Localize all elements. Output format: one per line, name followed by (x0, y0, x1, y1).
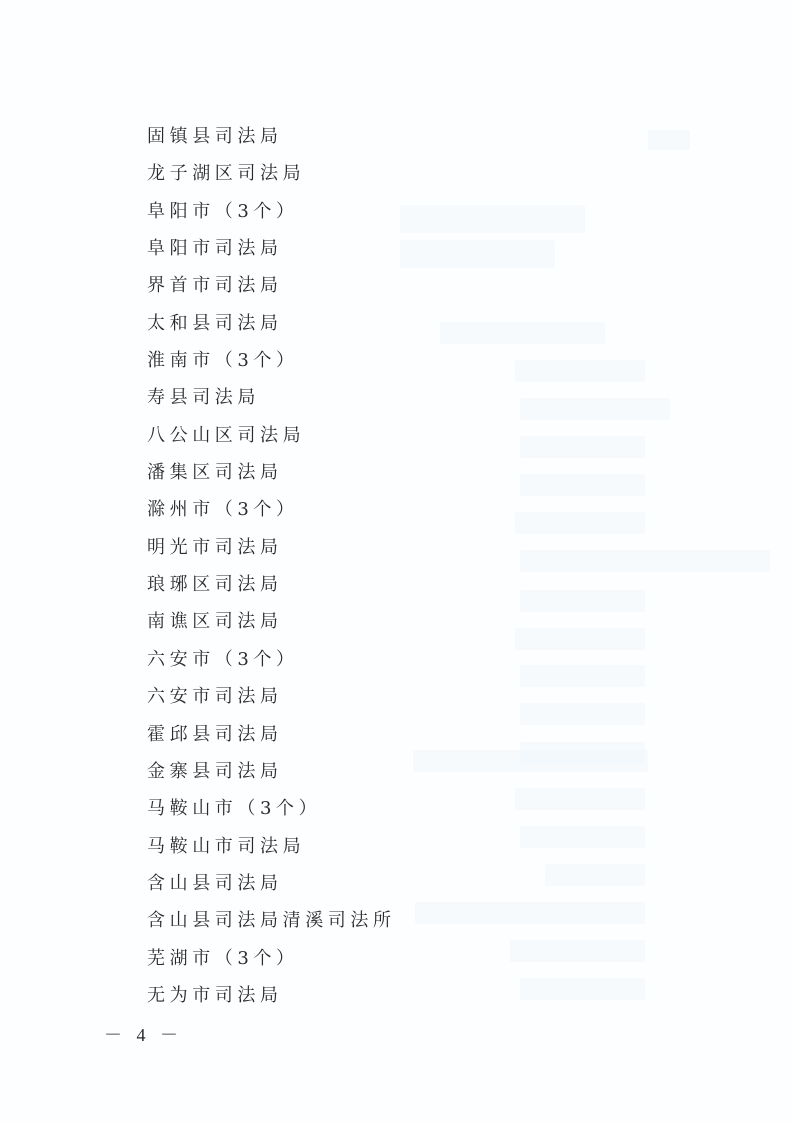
list-item-city-heading: 芜湖市（3个） (147, 944, 396, 981)
list-item-office: 金寨县司法局 (147, 757, 396, 794)
list-item-office: 霍邱县司法局 (147, 720, 396, 757)
bleed-through-mark (520, 590, 645, 612)
document-page: 固镇县司法局 龙子湖区司法局 阜阳市（3个） 阜阳市司法局 界首市司法局 太和县… (0, 0, 793, 1122)
list-item-city-heading: 淮南市（3个） (147, 346, 396, 383)
bleed-through-mark (520, 436, 645, 458)
list-item-office: 含山县司法局清溪司法所 (147, 906, 396, 943)
list-item-city-heading: 阜阳市（3个） (147, 197, 396, 234)
judicial-office-list: 固镇县司法局 龙子湖区司法局 阜阳市（3个） 阜阳市司法局 界首市司法局 太和县… (147, 122, 396, 1018)
bleed-through-mark (648, 130, 690, 150)
bleed-through-mark (413, 750, 648, 772)
list-item-office: 寿县司法局 (147, 383, 396, 420)
bleed-through-mark (520, 826, 645, 848)
bleed-through-mark (545, 864, 645, 886)
bleed-through-mark (520, 978, 645, 1000)
list-item-city-heading: 滁州市（3个） (147, 495, 396, 532)
bleed-through-mark (515, 788, 645, 810)
list-item-city-heading: 马鞍山市（3个） (147, 794, 396, 831)
list-item-office: 琅琊区司法局 (147, 570, 396, 607)
bleed-through-mark (520, 398, 670, 420)
bleed-through-mark (415, 902, 645, 924)
list-item-office: 界首市司法局 (147, 271, 396, 308)
list-item-office: 明光市司法局 (147, 533, 396, 570)
list-item-office: 太和县司法局 (147, 309, 396, 346)
list-item-office: 八公山区司法局 (147, 421, 396, 458)
bleed-through-mark (515, 360, 645, 382)
list-item-city-heading: 六安市（3个） (147, 645, 396, 682)
bleed-through-mark (440, 322, 605, 344)
bleed-through-mark (515, 628, 645, 650)
bleed-through-mark (520, 665, 645, 687)
list-item-office: 阜阳市司法局 (147, 234, 396, 271)
list-item-office: 潘集区司法局 (147, 458, 396, 495)
list-item-office: 南谯区司法局 (147, 607, 396, 644)
bleed-through-mark (400, 205, 585, 233)
list-item-office: 龙子湖区司法局 (147, 159, 396, 196)
page-number: － 4 － (104, 1022, 183, 1048)
bleed-through-mark (520, 474, 645, 496)
bleed-through-mark (520, 703, 645, 725)
list-item-office: 六安市司法局 (147, 682, 396, 719)
list-item-office: 固镇县司法局 (147, 122, 396, 159)
bleed-through-mark (510, 940, 645, 962)
list-item-office: 马鞍山市司法局 (147, 832, 396, 869)
bleed-through-mark (520, 550, 770, 572)
bleed-through-mark (400, 240, 555, 268)
list-item-office: 含山县司法局 (147, 869, 396, 906)
list-item-office: 无为市司法局 (147, 981, 396, 1018)
bleed-through-mark (515, 512, 645, 534)
